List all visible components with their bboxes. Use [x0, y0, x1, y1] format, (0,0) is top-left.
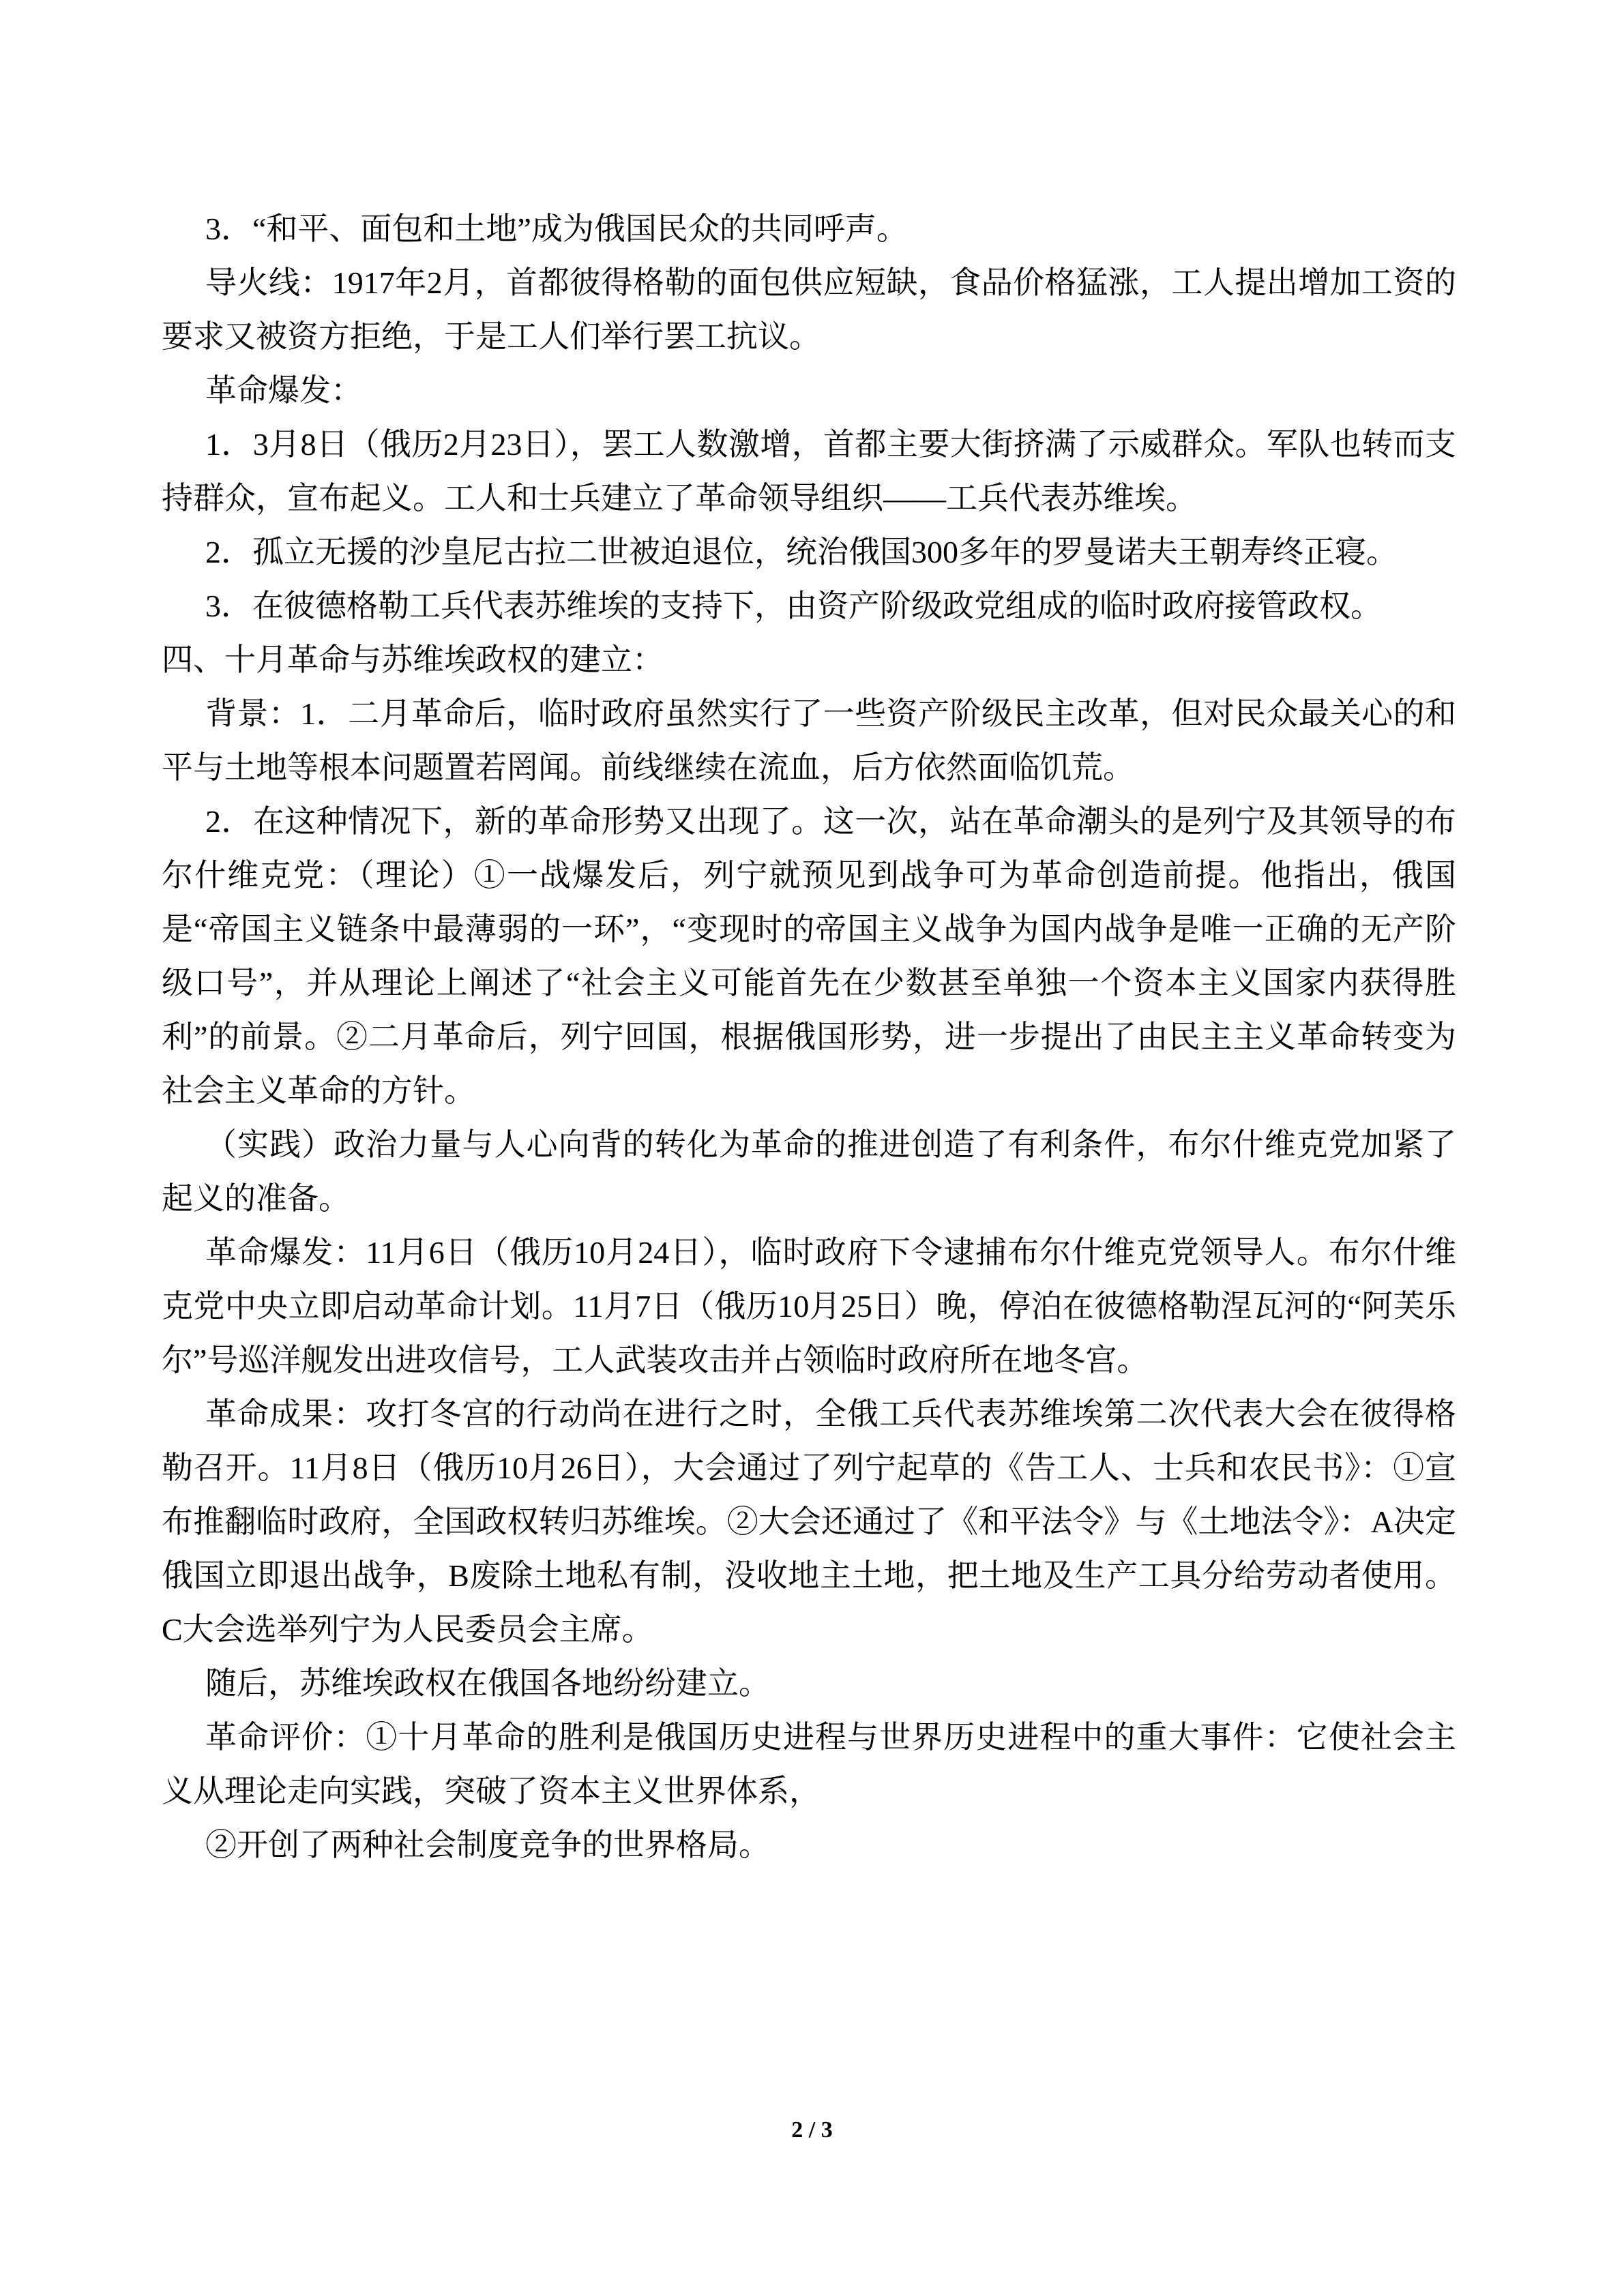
- paragraph-evaluation-2: ②开创了两种社会制度竞争的世界格局。: [162, 1818, 1456, 1872]
- paragraph-trigger: 导火线：1917年2月，首都彼得格勒的面包供应短缺，食品价格猛涨，工人提出增加工…: [162, 256, 1456, 363]
- paragraph-outbreak-label: 革命爆发：: [162, 363, 1456, 417]
- paragraph-slogan: 3．“和平、面包和土地”成为俄国民众的共同呼声。: [162, 202, 1456, 256]
- paragraph-october-outbreak: 革命爆发：11月6日（俄历10月24日），临时政府下令逮捕布尔什维克党领导人。布…: [162, 1225, 1456, 1387]
- section-heading-october-revolution: 四、十月革命与苏维埃政权的建立：: [162, 633, 1456, 687]
- paragraph-background-2: 2．在这种情况下，新的革命形势又出现了。这一次，站在革命潮头的是列宁及其领导的布…: [162, 794, 1456, 1118]
- paragraph-outbreak-2: 2．孤立无援的沙皇尼古拉二世被迫退位，统治俄国300多年的罗曼诺夫王朝寿终正寝。: [162, 525, 1456, 579]
- paragraph-background-1: 背景：1．二月革命后，临时政府虽然实行了一些资产阶级民主改革，但对民众最关心的和…: [162, 687, 1456, 794]
- paragraph-soviet-spread: 随后，苏维埃政权在俄国各地纷纷建立。: [162, 1656, 1456, 1710]
- document-body: 3．“和平、面包和土地”成为俄国民众的共同呼声。 导火线：1917年2月，首都彼…: [162, 202, 1456, 1872]
- paragraph-results: 革命成果：攻打冬宫的行动尚在进行之时，全俄工兵代表苏维埃第二次代表大会在彼得格勒…: [162, 1387, 1456, 1656]
- paragraph-outbreak-3: 3．在彼德格勒工兵代表苏维埃的支持下，由资产阶级政党组成的临时政府接管政权。: [162, 579, 1456, 633]
- paragraph-outbreak-1: 1．3月8日（俄历2月23日），罢工人数激增，首都主要大街挤满了示威群众。军队也…: [162, 417, 1456, 525]
- page-number: 2 / 3: [0, 2117, 1624, 2143]
- paragraph-evaluation-1: 革命评价：①十月革命的胜利是俄国历史进程与世界历史进程中的重大事件：它使社会主义…: [162, 1710, 1456, 1818]
- paragraph-practice: （实践）政治力量与人心向背的转化为革命的推进创造了有利条件，布尔什维克党加紧了起…: [162, 1118, 1456, 1225]
